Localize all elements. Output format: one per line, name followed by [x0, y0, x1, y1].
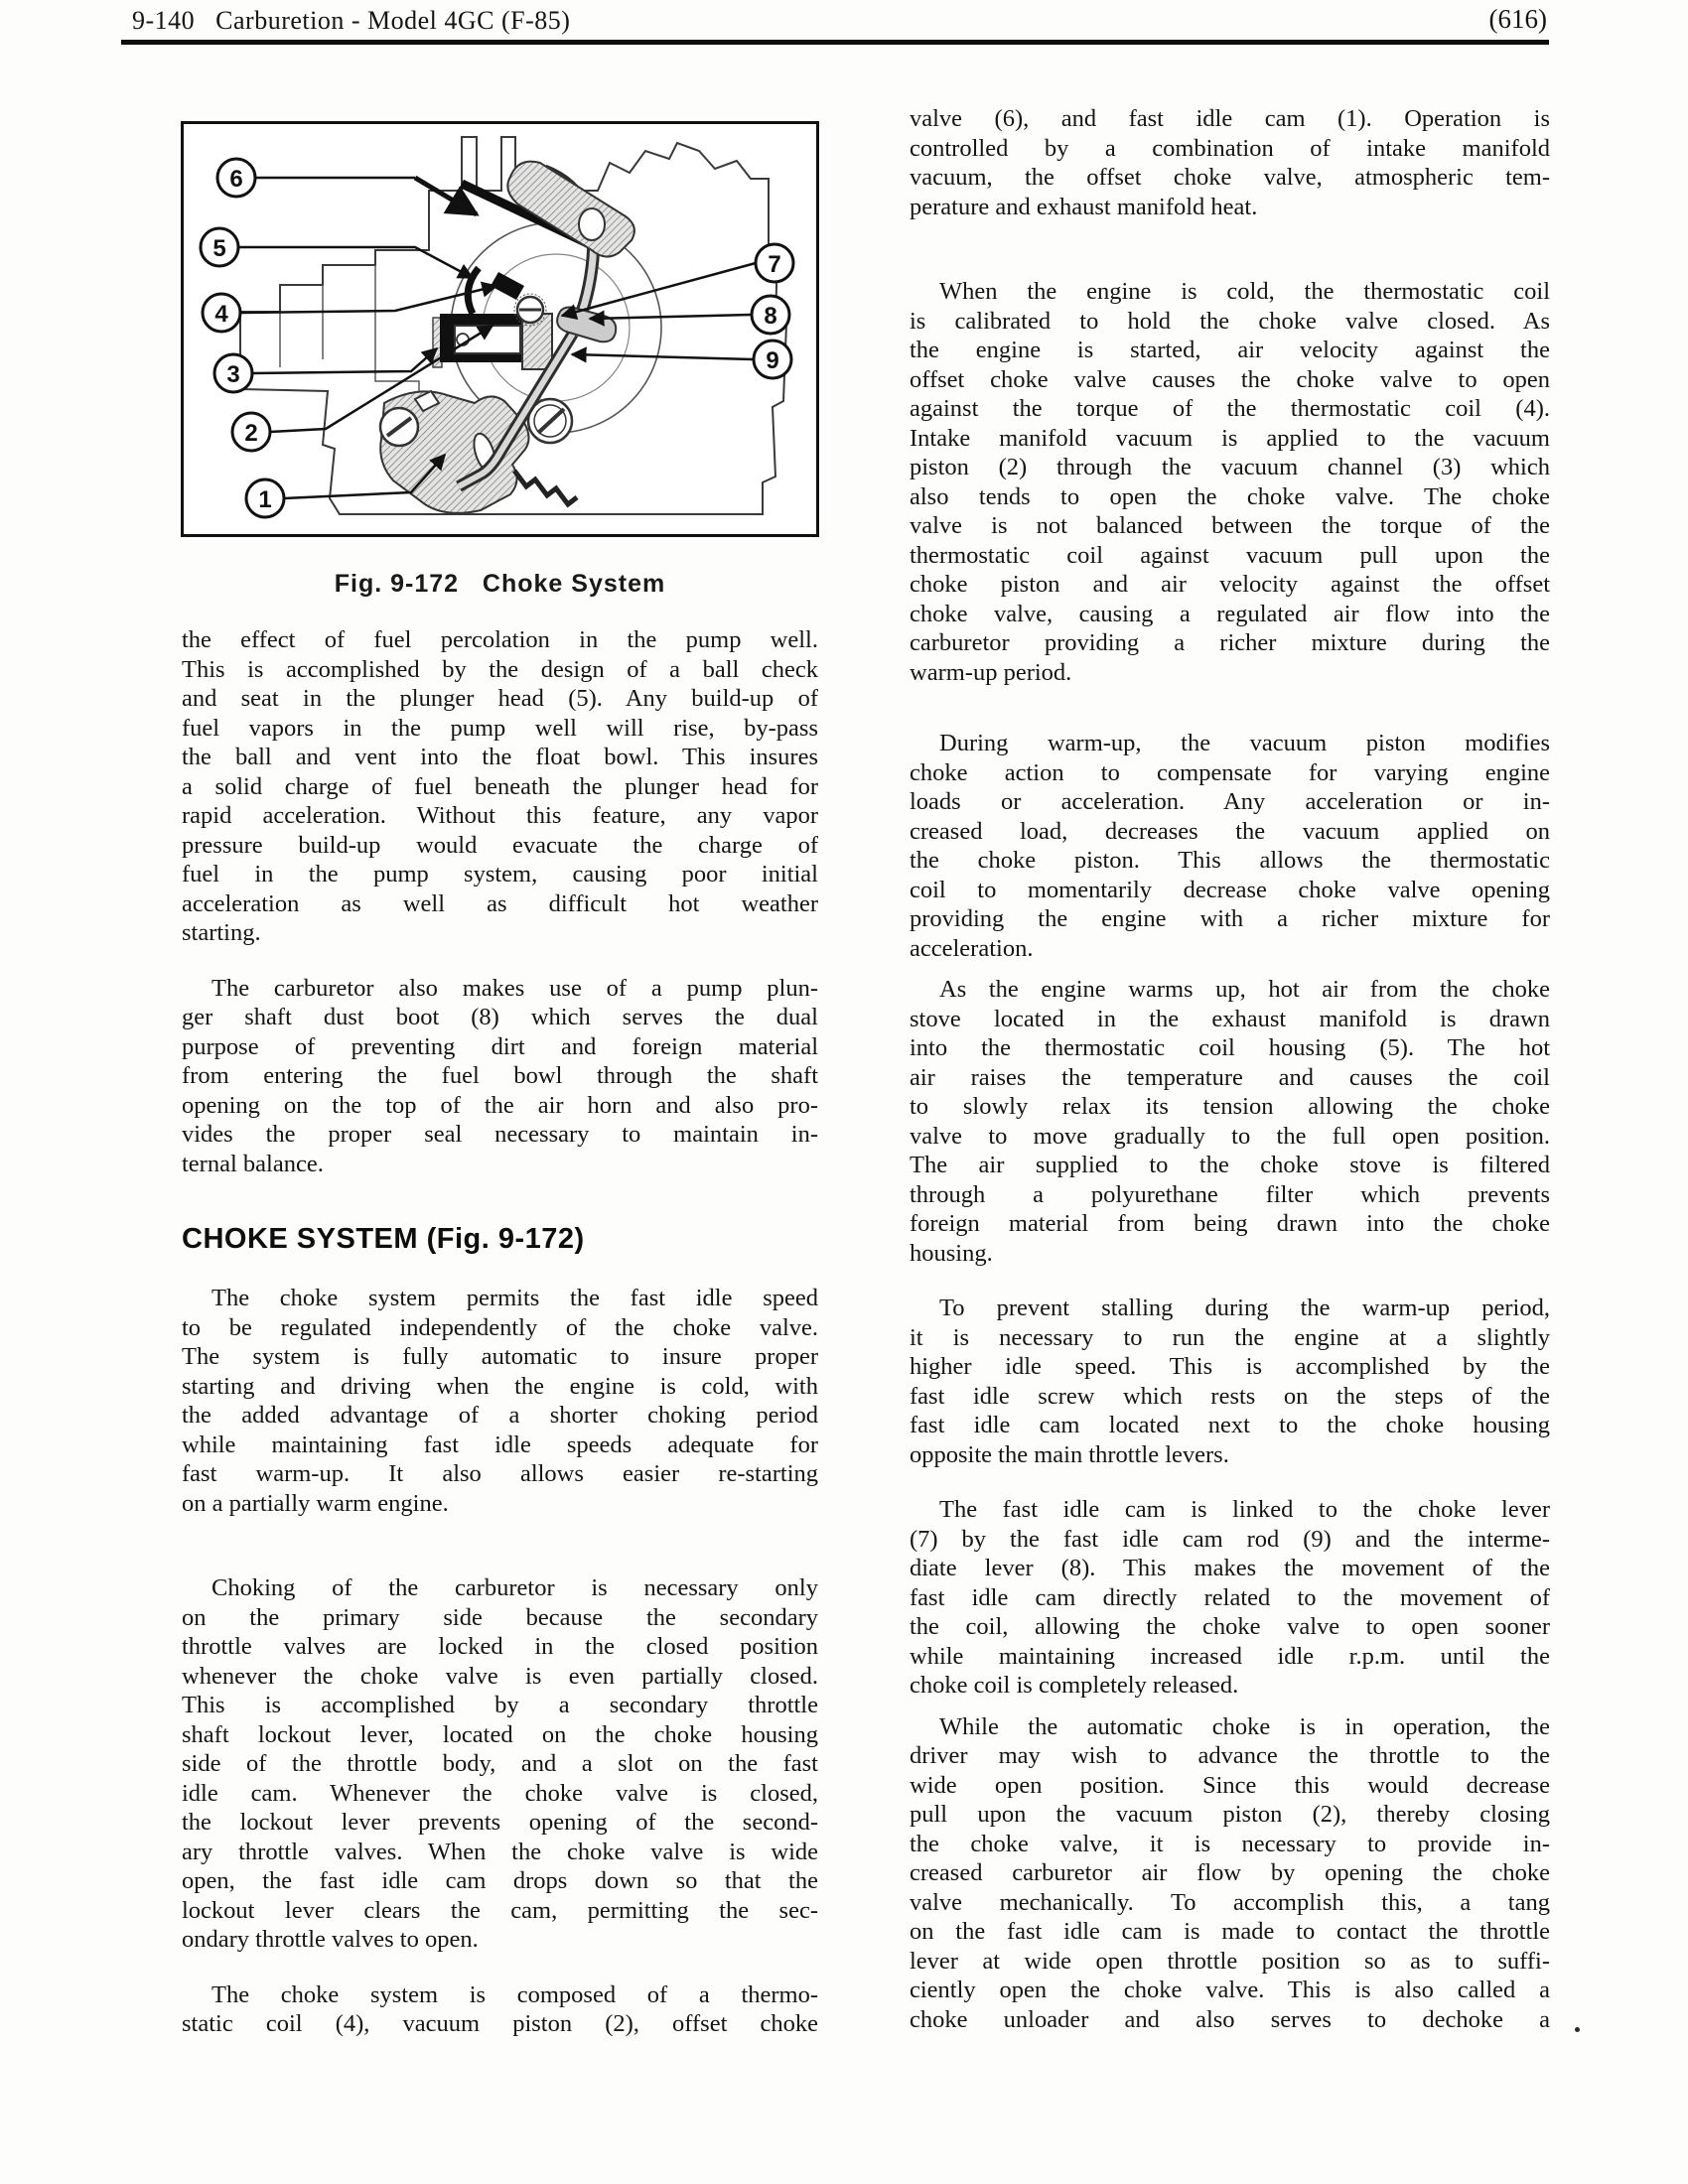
text-line: a solid charge of fuel beneath the plung… [182, 772, 818, 802]
paragraph: The carburetor also makes use of a pump … [182, 974, 818, 1179]
text-line: static coil (4), vacuum piston (2), offs… [182, 2009, 818, 2039]
text-line: housing. [910, 1239, 1550, 1269]
piston-bracket-bottom [440, 353, 535, 362]
text-line: wide open position. Since this would dec… [910, 1771, 1550, 1801]
text-line: open, the fast idle cam drops down so th… [182, 1866, 818, 1896]
callout-2: 2 [244, 420, 257, 447]
figure-choke-system: 6 5 4 3 2 1 7 8 9 [181, 121, 819, 537]
text-line: valve (6), and fast idle cam (1). Operat… [910, 104, 1550, 134]
callout-9: 9 [766, 347, 778, 374]
text-line: is calibrated to hold the choke valve cl… [910, 307, 1550, 337]
text-line: stove located in the exhaust manifold is… [910, 1005, 1550, 1034]
text-line: rapid acceleration. Without this feature… [182, 801, 818, 831]
callout-7: 7 [768, 251, 780, 278]
header-rule [121, 40, 1549, 45]
text-line: choke coil is completely released. [910, 1671, 1550, 1701]
text-line: the effect of fuel percolation in the pu… [182, 625, 818, 655]
right-column: valve (6), and fast idle cam (1). Operat… [910, 104, 1550, 2034]
text-line: Choking of the carburetor is necessary o… [182, 1573, 818, 1603]
text-line: ciently open the choke valve. This is al… [910, 1976, 1550, 2005]
text-line: to slowly relax its tension allowing the… [910, 1092, 1550, 1122]
paragraph: To prevent stalling during the warm-up p… [910, 1294, 1550, 1469]
text-line: valve mechanically. To accomplish this, … [910, 1888, 1550, 1918]
left-column: the effect of fuel percolation in the pu… [182, 625, 818, 2039]
paragraph: As the engine warms up, hot air from the… [910, 975, 1550, 1268]
text-line: opening on the top of the air horn and a… [182, 1091, 818, 1121]
scan-artifact-dot [1575, 2027, 1580, 2032]
text-line: choke valve, causing a regulated air flo… [910, 600, 1550, 629]
paragraph: While the automatic choke is in operatio… [910, 1712, 1550, 2035]
text-line: coil to momentarily decrease choke valve… [910, 876, 1550, 905]
text-line: choke piston and air velocity against th… [910, 570, 1550, 600]
text-line: on the primary side because the secondar… [182, 1603, 818, 1633]
text-line: fast idle cam located next to the choke … [910, 1411, 1550, 1440]
text-line: valve to move gradually to the full open… [910, 1122, 1550, 1152]
text-line: foreign material from being drawn into t… [910, 1209, 1550, 1239]
text-line: ary throttle valves. When the choke valv… [182, 1838, 818, 1867]
text-line: diate lever (8). This makes the movement… [910, 1554, 1550, 1583]
text-line: vides the proper seal necessary to maint… [182, 1120, 818, 1150]
text-line: This is accomplished by the design of a … [182, 655, 818, 685]
text-line: piston (2) through the vacuum channel (3… [910, 453, 1550, 482]
text-line: The fast idle cam is linked to the choke… [910, 1495, 1550, 1525]
text-line: warm-up period. [910, 658, 1550, 688]
text-line: whenever the choke valve is even partial… [182, 1662, 818, 1692]
text-line: ger shaft dust boot (8) which serves the… [182, 1003, 818, 1032]
text-line: side of the throttle body, and a slot on… [182, 1749, 818, 1779]
text-line: controlled by a combination of intake ma… [910, 134, 1550, 164]
paragraph: The choke system is composed of a thermo… [182, 1980, 818, 2039]
text-line: pressure build-up would evacuate the cha… [182, 831, 818, 861]
callout-6: 6 [229, 166, 242, 193]
text-line: acceleration as well as difficult hot we… [182, 889, 818, 919]
text-line: air raises the temperature and causes th… [910, 1063, 1550, 1093]
paragraph: the effect of fuel percolation in the pu… [182, 625, 818, 948]
paragraph: Choking of the carburetor is necessary o… [182, 1573, 818, 1955]
text-line: fast warm-up. It also allows easier re-s… [182, 1459, 818, 1489]
text-line: higher idle speed. This is accomplished … [910, 1352, 1550, 1382]
text-line: creased carburetor air flow by opening t… [910, 1858, 1550, 1888]
callout-4: 4 [214, 301, 228, 328]
text-line: from entering the fuel bowl through the … [182, 1061, 818, 1091]
text-line: starting and driving when the engine is … [182, 1372, 818, 1402]
text-line: the engine is started, air velocity agai… [910, 336, 1550, 365]
text-line: starting. [182, 918, 818, 948]
text-line: into the thermostatic coil housing (5). … [910, 1033, 1550, 1063]
text-line: As the engine warms up, hot air from the… [910, 975, 1550, 1005]
callout-5: 5 [212, 235, 225, 262]
text-line: This is accomplished by a secondary thro… [182, 1691, 818, 1720]
text-line: The carburetor also makes use of a pump … [182, 974, 818, 1004]
text-line: while maintaining fast idle speeds adequ… [182, 1431, 818, 1460]
text-line: pull upon the vacuum piston (2), thereby… [910, 1800, 1550, 1830]
text-line: against the torque of the thermostatic c… [910, 394, 1550, 424]
text-line: valve is not balanced between the torque… [910, 511, 1550, 541]
text-line: During warm-up, the vacuum piston modifi… [910, 729, 1550, 758]
text-line: the added advantage of a shorter choking… [182, 1401, 818, 1431]
text-line: creased load, decreases the vacuum appli… [910, 817, 1550, 847]
text-line: the ball and vent into the float bowl. T… [182, 743, 818, 772]
text-line: While the automatic choke is in operatio… [910, 1712, 1550, 1742]
text-line: Intake manifold vacuum is applied to the… [910, 424, 1550, 454]
text-line: vacuum, the offset choke valve, atmosphe… [910, 163, 1550, 193]
section-heading: CHOKE SYSTEM (Fig. 9-172) [182, 1224, 818, 1254]
page-header-title: 9-140 Carburetion - Model 4GC (F-85) [132, 6, 570, 36]
text-line: (7) by the fast idle cam rod (9) and the… [910, 1525, 1550, 1555]
choke-system-diagram: 6 5 4 3 2 1 7 8 9 [181, 121, 819, 537]
text-line: through a polyurethane filter which prev… [910, 1180, 1550, 1210]
text-line: perature and exhaust manifold heat. [910, 193, 1550, 222]
callout-8: 8 [764, 303, 776, 330]
text-line: lever at wide open throttle position so … [910, 1947, 1550, 1977]
text-line: fast idle screw which rests on the steps… [910, 1382, 1550, 1412]
text-line: The system is fully automatic to insure … [182, 1342, 818, 1372]
text-line: it is necessary to run the engine at a s… [910, 1323, 1550, 1353]
text-line: thermostatic coil against vacuum pull up… [910, 541, 1550, 571]
paragraph: When the engine is cold, the thermostati… [910, 277, 1550, 687]
text-line: fuel vapors in the pump well will rise, … [182, 714, 818, 744]
text-line: offset choke valve causes the choke valv… [910, 365, 1550, 395]
paragraph: During warm-up, the vacuum piston modifi… [910, 729, 1550, 963]
text-line: while maintaining increased idle r.p.m. … [910, 1642, 1550, 1672]
text-line: throttle valves are locked in the closed… [182, 1632, 818, 1662]
text-line: choke action to compensate for varying e… [910, 758, 1550, 788]
text-line: the choke valve, it is necessary to prov… [910, 1830, 1550, 1859]
text-line: also tends to open the choke valve. The … [910, 482, 1550, 512]
text-line: on a partially warm engine. [182, 1489, 818, 1519]
figure-caption: Fig. 9-172 Choke System [181, 570, 819, 599]
text-line: acceleration. [910, 934, 1550, 964]
text-line: fuel in the pump system, causing poor in… [182, 860, 818, 889]
paragraph: The fast idle cam is linked to the choke… [910, 1495, 1550, 1701]
text-line: lockout lever clears the cam, permitting… [182, 1896, 818, 1926]
callout-1: 1 [258, 486, 271, 513]
text-line: opposite the main throttle levers. [910, 1440, 1550, 1470]
callout-3: 3 [226, 361, 239, 388]
text-line: The choke system permits the fast idle s… [182, 1284, 818, 1313]
text-line: idle cam. Whenever the choke valve is cl… [182, 1779, 818, 1809]
text-line: to be regulated independently of the cho… [182, 1313, 818, 1343]
text-line: and seat in the plunger head (5). Any bu… [182, 684, 818, 714]
text-line: shaft lockout lever, located on the chok… [182, 1720, 818, 1750]
text-line: the coil, allowing the choke valve to op… [910, 1612, 1550, 1642]
text-line: providing the engine with a richer mixtu… [910, 904, 1550, 934]
text-line: ondary throttle valves to open. [182, 1925, 818, 1955]
text-line: purpose of preventing dirt and foreign m… [182, 1032, 818, 1062]
text-line: the lockout lever prevents opening of th… [182, 1808, 818, 1838]
text-line: choke unloader and also serves to dechok… [910, 2005, 1550, 2035]
text-line: The air supplied to the choke stove is f… [910, 1151, 1550, 1180]
paragraph: valve (6), and fast idle cam (1). Operat… [910, 104, 1550, 221]
paragraph: The choke system permits the fast idle s… [182, 1284, 818, 1518]
text-line: ternal balance. [182, 1150, 818, 1179]
choke-lever-hole [579, 208, 605, 240]
text-line: To prevent stalling during the warm-up p… [910, 1294, 1550, 1323]
text-line: The choke system is composed of a thermo… [182, 1980, 818, 2010]
text-line: When the engine is cold, the thermostati… [910, 277, 1550, 307]
text-line: on the fast idle cam is made to contact … [910, 1917, 1550, 1947]
page-number: (616) [1489, 4, 1547, 35]
text-line: the choke piston. This allows the thermo… [910, 846, 1550, 876]
text-line: carburetor providing a richer mixture du… [910, 628, 1550, 658]
text-line: driver may wish to advance the throttle … [910, 1741, 1550, 1771]
text-line: fast idle cam directly related to the mo… [910, 1583, 1550, 1613]
text-line: loads or acceleration. Any acceleration … [910, 787, 1550, 817]
